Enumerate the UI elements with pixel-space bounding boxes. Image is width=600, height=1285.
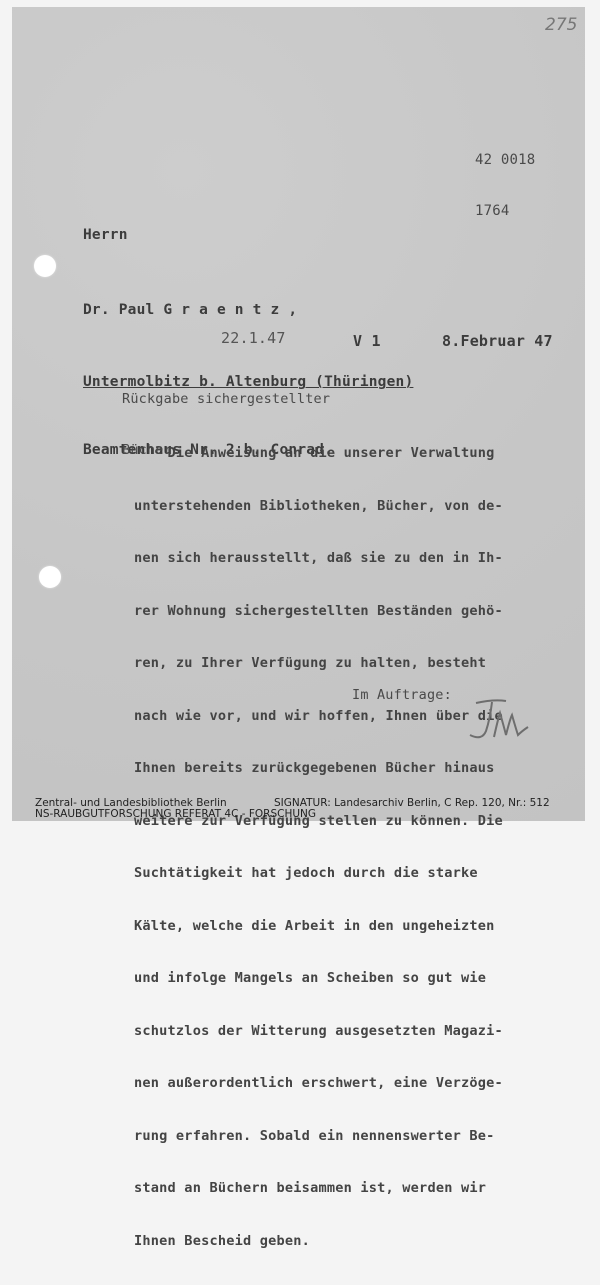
handwritten-signature bbox=[464, 697, 534, 747]
letter-body: Die Anweisung an die unserer Verwaltung … bbox=[134, 410, 503, 837]
body-line: ren, zu Ihrer Verfügung zu halten, beste… bbox=[134, 655, 503, 673]
punch-hole-top bbox=[34, 255, 56, 277]
reference-number: 42 0018 1764 bbox=[475, 118, 535, 254]
archive-page-number: 275 bbox=[545, 15, 577, 35]
letter-date: 8.Februar 47 bbox=[442, 332, 553, 350]
your-letter-date: 22.1.47 bbox=[221, 329, 286, 347]
document-page: 275 42 0018 1764 Herrn Dr. Paul G r a e … bbox=[12, 7, 585, 821]
body-line: rer Wohnung sichergestellten Beständen g… bbox=[134, 603, 503, 621]
our-reference: V 1 bbox=[353, 332, 381, 350]
footer-project: NS-RAUBGUTFORSCHUNG REFERAT 4C - FORSCHU… bbox=[35, 809, 316, 820]
body-line: nen sich herausstellt, daß sie zu den in… bbox=[134, 550, 503, 568]
body-line: nach wie vor, und wir hoffen, Ihnen über… bbox=[134, 708, 503, 726]
signature-icon bbox=[464, 697, 534, 747]
reference-line-2: 1764 bbox=[475, 203, 535, 220]
punch-hole-bottom bbox=[39, 566, 61, 588]
recipient-name: Dr. Paul G r a e n t z , bbox=[83, 298, 413, 323]
body-line: unterstehenden Bibliotheken, Bücher, von… bbox=[134, 498, 503, 516]
body-line: Die Anweisung an die unserer Verwaltung bbox=[134, 445, 503, 463]
reference-line-1: 42 0018 bbox=[475, 152, 535, 169]
subject-line-1: Rückgabe sichergestellter bbox=[122, 391, 330, 408]
recipient-salutation: Herrn bbox=[83, 223, 413, 248]
closing-phrase: Im Auftrage: bbox=[352, 687, 452, 703]
body-line: Ihnen bereits zurückgegebenen Bücher hin… bbox=[134, 760, 503, 778]
